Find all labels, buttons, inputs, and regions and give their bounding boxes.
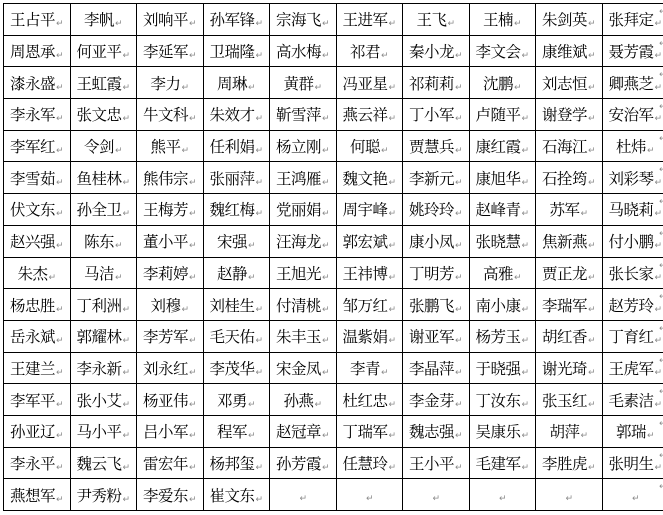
table-cell[interactable]: 燕想军↵ [4, 479, 71, 511]
person-name: 石拴筠 [542, 170, 587, 188]
table-cell[interactable]: 刘永红↵ [137, 352, 204, 384]
table-cell[interactable]: 宋强↵ [203, 225, 270, 257]
table-cell[interactable]: 赵峰青↵ [469, 194, 536, 226]
table-row: 杨忠胜↵丁利洲↵刘穆↵刘桂生↵付清桃↵邹万红↵张鹏飞↵南小康↵李瑞军↵赵芳玲↵ [4, 289, 663, 321]
table-cell[interactable]: 宗海飞↵ [270, 4, 337, 36]
table-cell[interactable]: 祁莉莉↵ [403, 67, 470, 99]
table-cell[interactable]: 王占平↵ [4, 4, 71, 36]
table-cell[interactable]: 赵冠章↵ [270, 415, 337, 447]
person-name: 郭宏斌 [342, 233, 387, 251]
paragraph-mark-icon: ↵ [588, 305, 596, 315]
paragraph-mark-icon: ↵ [122, 431, 130, 441]
table-cell[interactable]: 刘彩琴↵ [602, 162, 663, 194]
table-cell[interactable]: 杨忠胜↵ [4, 289, 71, 321]
paragraph-mark-icon: ↵ [381, 368, 389, 378]
person-name: 李军平 [10, 392, 55, 410]
table-cell[interactable]: 毛天佑↵ [203, 320, 270, 352]
table-cell[interactable]: 谢登学↵ [536, 99, 603, 131]
table-cell[interactable]: 王祎博↵ [336, 257, 403, 289]
table-cell[interactable]: 卿燕芝↵ [602, 67, 663, 99]
person-name: 朱丰玉 [276, 328, 321, 346]
table-cell[interactable]: 杜红忠↵ [336, 384, 403, 416]
table-cell[interactable]: 魏文艳↵ [336, 162, 403, 194]
table-cell[interactable]: 王小平↵ [403, 447, 470, 479]
table-cell[interactable]: 雷宏年↵ [137, 447, 204, 479]
table-cell[interactable]: 沈鹏↵ [469, 67, 536, 99]
table-cell[interactable]: 尹秀粉↵ [70, 479, 137, 511]
table-cell[interactable]: 刘志恒↵ [536, 67, 603, 99]
table-cell[interactable]: 孙军锋↵ [203, 4, 270, 36]
person-name: 杨忠胜 [10, 297, 55, 315]
table-cell[interactable]: 董小平↵ [137, 225, 204, 257]
table-cell[interactable]: 卫瑞隆↵ [203, 35, 270, 67]
paragraph-mark-icon: ↵ [314, 400, 322, 410]
table-cell[interactable]: 熊伟宗↵ [137, 162, 204, 194]
paragraph-mark-icon: ↵ [322, 463, 330, 473]
paragraph-mark-icon: ↵ [632, 494, 640, 504]
paragraph-mark-icon: ↵ [56, 19, 64, 29]
table-cell[interactable]: 丁汝东↵ [469, 384, 536, 416]
person-name: 吕小军 [143, 423, 188, 441]
table-cell[interactable]: 李雪茹↵ [4, 162, 71, 194]
table-cell[interactable]: ↵ [469, 479, 536, 511]
table-cell[interactable]: 贾慧兵↵ [403, 130, 470, 162]
person-name: 胡萍 [549, 423, 579, 441]
paragraph-mark-icon: ↵ [255, 114, 263, 124]
person-name: 张明生 [608, 455, 653, 473]
paragraph-mark-icon: ↵ [189, 336, 197, 346]
table-cell[interactable]: 孙亚辽↵ [4, 415, 71, 447]
table-cell[interactable]: ↵ [270, 479, 337, 511]
person-name: 石海江 [542, 138, 587, 156]
table-cell[interactable]: 王进军↵ [336, 4, 403, 36]
person-name: 赵静 [217, 265, 247, 283]
person-name: 毛天佑 [209, 328, 254, 346]
table-cell[interactable]: 康小凤↵ [403, 225, 470, 257]
paragraph-mark-icon: ↵ [322, 273, 330, 283]
person-name: 王进军 [342, 11, 387, 29]
table-cell[interactable]: 张小艾↵ [70, 384, 137, 416]
person-name: 王虎军 [608, 360, 653, 378]
person-name: 周宇峰 [342, 201, 387, 219]
table-cell[interactable]: 马小平↵ [70, 415, 137, 447]
table-cell[interactable]: 苏军↵ [536, 194, 603, 226]
person-name: 杜红忠 [342, 392, 387, 410]
table-cell[interactable]: 邓勇↵ [203, 384, 270, 416]
person-name: 朱效才 [209, 106, 254, 124]
table-cell[interactable]: 令剑↵ [70, 130, 137, 162]
person-name: 张文忠 [76, 106, 121, 124]
table-cell[interactable]: 汪海龙↵ [270, 225, 337, 257]
table-cell[interactable]: 魏云飞↵ [70, 447, 137, 479]
table-cell[interactable]: 李青↵ [336, 352, 403, 384]
table-cell[interactable]: 刘桂生↵ [203, 289, 270, 321]
paragraph-mark-icon: ↵ [388, 336, 396, 346]
paragraph-mark-icon: ↵ [322, 241, 330, 251]
table-cell[interactable]: 李瑞军↵ [536, 289, 603, 321]
table-cell[interactable]: 赵兴强↵ [4, 225, 71, 257]
table-cell[interactable]: 李延军↵ [137, 35, 204, 67]
person-name: 周恩承 [10, 43, 55, 61]
person-name: 卿燕芝 [608, 75, 653, 93]
table-cell[interactable]: 康旭华↵ [469, 162, 536, 194]
paragraph-mark-icon: ↵ [189, 495, 197, 505]
paragraph-mark-icon: ↵ [381, 51, 389, 61]
paragraph-mark-icon: ↵ [455, 273, 463, 283]
person-name: 靳雪萍 [276, 106, 321, 124]
table-cell[interactable]: 高雅↵ [469, 257, 536, 289]
table-cell[interactable]: 伏文东↵ [4, 194, 71, 226]
person-name: 邹万红 [342, 297, 387, 315]
paragraph-mark-icon: ↵ [588, 114, 596, 124]
table-cell[interactable]: 何聪↵ [336, 130, 403, 162]
table-cell[interactable]: 李军红↵ [4, 130, 71, 162]
table-cell[interactable]: 李莉婷↵ [137, 257, 204, 289]
table-cell[interactable]: 郭瑞↵ [602, 415, 663, 447]
table-cell[interactable]: 付小鹏↵ [602, 225, 663, 257]
paragraph-mark-icon: ↵ [388, 19, 396, 29]
table-cell[interactable]: 朱丰玉↵ [270, 320, 337, 352]
paragraph-mark-icon: ↵ [56, 83, 64, 93]
table-cell[interactable]: 王虹霞↵ [70, 67, 137, 99]
person-name: 鱼桂林 [76, 170, 121, 188]
person-name: 刘响平 [143, 11, 188, 29]
table-cell[interactable]: 李永军↵ [4, 99, 71, 131]
table-cell[interactable]: 石海江↵ [536, 130, 603, 162]
row-end-paragraph-mark-icon: ↵ [659, 288, 663, 320]
paragraph-mark-icon: ↵ [588, 19, 596, 29]
table-cell[interactable]: 李金芽↵ [403, 384, 470, 416]
table-cell[interactable]: 张文忠↵ [70, 99, 137, 131]
person-name: 王飞 [416, 11, 446, 29]
table-cell[interactable]: 张鹏飞↵ [403, 289, 470, 321]
paragraph-mark-icon: ↵ [189, 431, 197, 441]
table-cell[interactable]: 赵芳玲↵ [602, 289, 663, 321]
table-cell[interactable]: 杨芳玉↵ [469, 320, 536, 352]
paragraph-mark-icon: ↵ [521, 178, 529, 188]
table-cell[interactable]: 党丽娟↵ [270, 194, 337, 226]
table-row: 漆永盛↵王虹霞↵李力↵周琳↵黄群↵冯亚星↵祁莉莉↵沈鹏↵刘志恒↵卿燕芝↵ [4, 67, 663, 99]
table-cell[interactable]: 朱杰↵ [4, 257, 71, 289]
person-name: 何亚平 [76, 43, 121, 61]
table-cell[interactable]: 南小康↵ [469, 289, 536, 321]
paragraph-mark-icon: ↵ [322, 336, 330, 346]
table-row: 李永平↵魏云飞↵雷宏年↵杨邦玺↵孙芳霞↵任慧玲↵王小平↵毛建军↵李胜虎↵张明生↵ [4, 447, 663, 479]
person-name: 董小平 [143, 233, 188, 251]
table-cell[interactable]: 谢光琦↵ [536, 352, 603, 384]
person-name: 漆永盛 [10, 75, 55, 93]
paragraph-mark-icon: ↵ [56, 241, 64, 251]
person-name: 杨邦玺 [209, 455, 254, 473]
paragraph-mark-icon: ↵ [56, 431, 64, 441]
paragraph-mark-icon: ↵ [588, 51, 596, 61]
table-cell[interactable]: 丁育红↵ [602, 320, 663, 352]
table-cell[interactable]: 马晓莉↵ [602, 194, 663, 226]
person-name: 李雪茹 [10, 170, 55, 188]
table-cell[interactable]: ↵ [602, 479, 663, 511]
person-name: 朱剑英 [542, 11, 587, 29]
row-end-paragraph-mark-icon: ↵ [659, 225, 663, 257]
table-cell[interactable]: 杨亚伟↵ [137, 384, 204, 416]
table-cell[interactable]: 李新元↵ [403, 162, 470, 194]
table-cell[interactable]: 于晓强↵ [469, 352, 536, 384]
table-cell[interactable]: 何亚平↵ [70, 35, 137, 67]
table-cell[interactable]: 任慧玲↵ [336, 447, 403, 479]
paragraph-mark-icon: ↵ [388, 463, 396, 473]
paragraph-mark-icon: ↵ [447, 19, 455, 29]
table-cell[interactable]: 赵静↵ [203, 257, 270, 289]
table-cell[interactable]: 鱼桂林↵ [70, 162, 137, 194]
paragraph-mark-icon: ↵ [455, 83, 463, 93]
table-cell[interactable]: 焦新燕↵ [536, 225, 603, 257]
table-cell[interactable]: 秦小龙↵ [403, 35, 470, 67]
table-cell[interactable]: 祁君↵ [336, 35, 403, 67]
table-cell[interactable]: 吕小军↵ [137, 415, 204, 447]
paragraph-mark-icon: ↵ [122, 495, 130, 505]
paragraph-mark-icon: ↵ [455, 178, 463, 188]
table-cell[interactable]: 李爱东↵ [137, 479, 204, 511]
person-name: 李胜虎 [542, 455, 587, 473]
table-cell[interactable]: 漆永盛↵ [4, 67, 71, 99]
paragraph-mark-icon: ↵ [122, 51, 130, 61]
table-cell[interactable]: 杨立刚↵ [270, 130, 337, 162]
table-cell[interactable]: 崔文东↵ [203, 479, 270, 511]
table-cell[interactable]: 冯亚星↵ [336, 67, 403, 99]
person-name: 秦小龙 [409, 43, 454, 61]
table-cell[interactable]: 张玉红↵ [536, 384, 603, 416]
person-name: 孙燕 [283, 392, 313, 410]
table-cell[interactable]: 王建兰↵ [4, 352, 71, 384]
paragraph-mark-icon: ↵ [56, 209, 64, 219]
paragraph-mark-icon: ↵ [521, 114, 529, 124]
row-end-marks: ↵↵↵↵↵↵↵↵↵↵↵↵↵↵↵↵ [659, 3, 663, 510]
paragraph-mark-icon: ↵ [455, 305, 463, 315]
paragraph-mark-icon: ↵ [56, 400, 64, 410]
paragraph-mark-icon: ↵ [248, 431, 256, 441]
table-cell[interactable]: ↵ [336, 479, 403, 511]
paragraph-mark-icon: ↵ [514, 83, 522, 93]
table-cell[interactable]: 朱效才↵ [203, 99, 270, 131]
table-cell[interactable]: 李力↵ [137, 67, 204, 99]
table-cell[interactable]: 丁明芳↵ [403, 257, 470, 289]
table-cell[interactable]: 李文会↵ [469, 35, 536, 67]
table-row: 朱杰↵马洁↵李莉婷↵赵静↵王旭光↵王祎博↵丁明芳↵高雅↵贾正龙↵张长家↵ [4, 257, 663, 289]
table-cell[interactable]: 孙燕↵ [270, 384, 337, 416]
person-name: 党丽娟 [276, 201, 321, 219]
table-cell[interactable]: 安治军↵ [602, 99, 663, 131]
table-cell[interactable]: 牛文科↵ [137, 99, 204, 131]
person-name: 李金芽 [409, 392, 454, 410]
table-cell[interactable]: 朱剑英↵ [536, 4, 603, 36]
table-row: 赵兴强↵陈东↵董小平↵宋强↵汪海龙↵郭宏斌↵康小凤↵张晓慧↵焦新燕↵付小鹏↵ [4, 225, 663, 257]
table-cell[interactable]: 张明生↵ [602, 447, 663, 479]
paragraph-mark-icon: ↵ [56, 368, 64, 378]
table-cell[interactable]: 熊平↵ [137, 130, 204, 162]
person-name: 魏文艳 [342, 170, 387, 188]
person-name: 郭耀林 [76, 328, 121, 346]
table-cell[interactable]: 康红霞↵ [469, 130, 536, 162]
person-name: 杜炜 [616, 138, 646, 156]
row-end-paragraph-mark-icon: ↵ [659, 130, 663, 162]
paragraph-mark-icon: ↵ [322, 305, 330, 315]
table-cell[interactable]: 李晶萍↵ [403, 352, 470, 384]
table-cell[interactable]: 胡红香↵ [536, 320, 603, 352]
table-cell[interactable]: 毛素洁↵ [602, 384, 663, 416]
paragraph-mark-icon: ↵ [514, 273, 522, 283]
person-name: 周琳 [217, 75, 247, 93]
person-name: 付小鹏 [608, 233, 653, 251]
paragraph-mark-icon: ↵ [189, 400, 197, 410]
person-name: 胡红香 [542, 328, 587, 346]
table-cell[interactable]: 谢亚军↵ [403, 320, 470, 352]
paragraph-mark-icon: ↵ [122, 336, 130, 346]
table-cell[interactable]: 郭耀林↵ [70, 320, 137, 352]
table-cell[interactable]: 王楠↵ [469, 4, 536, 36]
table-cell[interactable]: 李胜虎↵ [536, 447, 603, 479]
table-cell[interactable]: 毛建军↵ [469, 447, 536, 479]
paragraph-mark-icon: ↵ [322, 209, 330, 219]
table-cell[interactable]: 宋金凤↵ [270, 352, 337, 384]
person-name: 丁小军 [409, 106, 454, 124]
person-name: 岳永斌 [10, 328, 55, 346]
paragraph-mark-icon: ↵ [588, 241, 596, 251]
person-name: 丁瑞军 [342, 423, 387, 441]
table-cell[interactable]: 石拴筠↵ [536, 162, 603, 194]
table-cell[interactable]: 黄群↵ [270, 67, 337, 99]
table-cell[interactable]: 丁小军↵ [403, 99, 470, 131]
table-cell[interactable]: 杜炜↵ [602, 130, 663, 162]
person-name: 张丽萍 [209, 170, 254, 188]
table-cell[interactable]: 燕云祥↵ [336, 99, 403, 131]
table-cell[interactable]: 王飞↵ [403, 4, 470, 36]
table-cell[interactable]: 吴康乐↵ [469, 415, 536, 447]
person-name: 贾正龙 [542, 265, 587, 283]
table-cell[interactable]: 李芳军↵ [137, 320, 204, 352]
row-end-paragraph-mark-icon: ↵ [659, 415, 663, 447]
person-name: 李永军 [10, 106, 55, 124]
paragraph-mark-icon: ↵ [521, 146, 529, 156]
paragraph-mark-icon: ↵ [521, 336, 529, 346]
table-cell[interactable]: 刘穆↵ [137, 289, 204, 321]
person-name: 苏军 [549, 201, 579, 219]
table-cell[interactable]: 李永平↵ [4, 447, 71, 479]
table-cell[interactable]: 张长家↵ [602, 257, 663, 289]
table-cell[interactable]: 付清桃↵ [270, 289, 337, 321]
table-cell[interactable]: 聂芳霞↵ [602, 35, 663, 67]
person-name: 卢随平 [475, 106, 520, 124]
row-end-paragraph-mark-icon: ↵ [659, 66, 663, 98]
table-cell[interactable]: ↵ [403, 479, 470, 511]
table-cell[interactable]: 靳雪萍↵ [270, 99, 337, 131]
row-end-paragraph-mark-icon: ↵ [659, 193, 663, 225]
paragraph-mark-icon: ↵ [181, 305, 189, 315]
person-name: 杨芳玉 [475, 328, 520, 346]
table-cell[interactable]: 李帆↵ [70, 4, 137, 36]
person-name: 李莉婷 [143, 265, 188, 283]
table-row: 王占平↵李帆↵刘响平↵孙军锋↵宗海飞↵王进军↵王飞↵王楠↵朱剑英↵张拜定↵ [4, 4, 663, 36]
person-name: 王占平 [10, 11, 55, 29]
person-name: 朱杰 [17, 265, 47, 283]
paragraph-mark-icon: ↵ [455, 241, 463, 251]
table-cell[interactable]: 胡萍↵ [536, 415, 603, 447]
person-name: 王楠 [483, 11, 513, 29]
table-cell[interactable]: 高水梅↵ [270, 35, 337, 67]
person-name: 崔文东 [209, 487, 254, 505]
person-name: 伏文东 [10, 201, 55, 219]
paragraph-mark-icon: ↵ [588, 400, 596, 410]
paragraph-mark-icon: ↵ [122, 305, 130, 315]
table-cell[interactable]: 程军↵ [203, 415, 270, 447]
table-cell[interactable]: 王虎军↵ [602, 352, 663, 384]
table-cell[interactable]: 姚玲玲↵ [403, 194, 470, 226]
table-cell[interactable]: 孙全卫↵ [70, 194, 137, 226]
table-cell[interactable]: 周琳↵ [203, 67, 270, 99]
table-cell[interactable]: 周恩承↵ [4, 35, 71, 67]
person-name: 刘桂生 [209, 297, 254, 315]
table-cell[interactable]: 周宇峰↵ [336, 194, 403, 226]
table-cell[interactable]: 陈东↵ [70, 225, 137, 257]
table-cell[interactable]: 杨邦玺↵ [203, 447, 270, 479]
paragraph-mark-icon: ↵ [455, 431, 463, 441]
table-cell[interactable]: 温紫娟↵ [336, 320, 403, 352]
table-cell[interactable]: 丁利洲↵ [70, 289, 137, 321]
person-name: 赵冠章 [276, 423, 321, 441]
person-name: 毛素洁 [608, 392, 653, 410]
paragraph-mark-icon: ↵ [189, 51, 197, 61]
table-cell[interactable]: 康维斌↵ [536, 35, 603, 67]
paragraph-mark-icon: ↵ [56, 178, 64, 188]
person-name: 李永新 [76, 360, 121, 378]
table-cell[interactable]: 任利娟↵ [203, 130, 270, 162]
table-cell[interactable]: 张晓慧↵ [469, 225, 536, 257]
person-name: 宋金凤 [276, 360, 321, 378]
person-name: 刘志恒 [542, 75, 587, 93]
table-cell[interactable]: 王鸿雁↵ [270, 162, 337, 194]
table-cell[interactable]: 丁瑞军↵ [336, 415, 403, 447]
person-name: 李茂华 [209, 360, 254, 378]
paragraph-mark-icon: ↵ [388, 178, 396, 188]
table-cell[interactable]: 马洁↵ [70, 257, 137, 289]
table-cell[interactable]: 魏红梅↵ [203, 194, 270, 226]
table-cell[interactable]: 贾正龙↵ [536, 257, 603, 289]
table-cell[interactable]: 王梅芳↵ [137, 194, 204, 226]
paragraph-mark-icon: ↵ [521, 431, 529, 441]
table-cell[interactable]: ↵ [536, 479, 603, 511]
table-cell[interactable]: 李军平↵ [4, 384, 71, 416]
table-cell[interactable]: 张丽萍↵ [203, 162, 270, 194]
table-cell[interactable]: 邹万红↵ [336, 289, 403, 321]
table-cell[interactable]: 郭宏斌↵ [336, 225, 403, 257]
table-cell[interactable]: 李永新↵ [70, 352, 137, 384]
table-cell[interactable]: 孙芳霞↵ [270, 447, 337, 479]
paragraph-mark-icon: ↵ [521, 51, 529, 61]
table-cell[interactable]: 魏志强↵ [403, 415, 470, 447]
row-end-paragraph-mark-icon: ↵ [659, 3, 663, 35]
table-cell[interactable]: 岳永斌↵ [4, 320, 71, 352]
paragraph-mark-icon: ↵ [455, 400, 463, 410]
paragraph-mark-icon: ↵ [115, 273, 123, 283]
person-name: 李晶萍 [409, 360, 454, 378]
table-cell[interactable]: 张拜定↵ [602, 4, 663, 36]
paragraph-mark-icon: ↵ [56, 336, 64, 346]
table-cell[interactable]: 李茂华↵ [203, 352, 270, 384]
table-cell[interactable]: 卢随平↵ [469, 99, 536, 131]
table-cell[interactable]: 刘响平↵ [137, 4, 204, 36]
paragraph-mark-icon: ↵ [189, 209, 197, 219]
table-cell[interactable]: 王旭光↵ [270, 257, 337, 289]
person-name: 贾慧兵 [409, 138, 454, 156]
person-name: 李爱东 [143, 487, 188, 505]
